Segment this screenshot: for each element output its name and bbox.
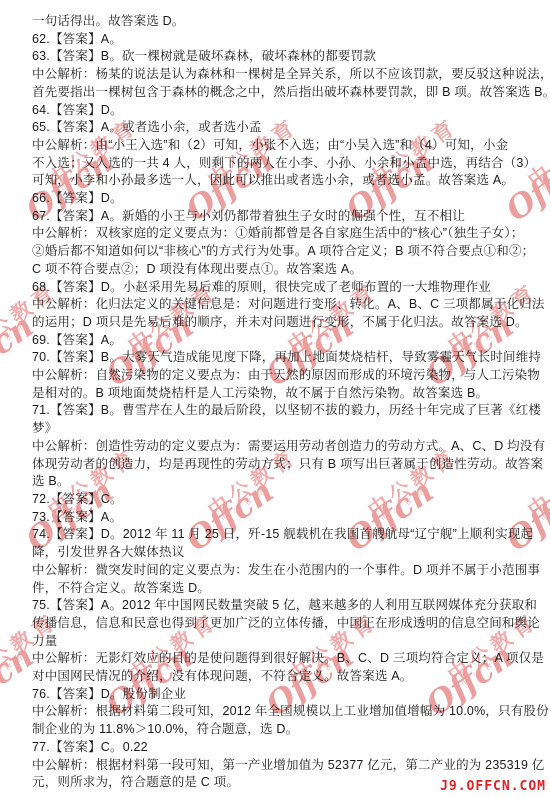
text-line: 一句话得出。故答案选 D。 <box>32 13 522 31</box>
text-line: 中公解析：双核家庭的定义要点为：①婚前都曾是各自家庭生活中的“核心”（独生子女）… <box>32 225 522 243</box>
text-line: 71.【答案】B。曹雪芹在人生的最后阶段，以坚韧不拔的毅力，历经十年完成了巨著《… <box>32 402 522 420</box>
watermark-sub-text: 中公教育 <box>540 154 550 194</box>
text-line: 首先要指出一棵树包含于森林的概念之中，然后指出破坏森林要罚款，即 B 项。故答案… <box>32 84 522 102</box>
text-line: 70.【答案】B。大雾天气造成能见度下降，再加上地面焚烧桔杆，导致雾霾天气长时间… <box>32 349 522 367</box>
text-line: 可知，小李和小孙最多选一人，因此可以推出或者选小余，或者选小孟。故答案选 A。 <box>32 172 522 190</box>
text-line: 的运用；D 项只是先易后难的顺序，并未对问题进行变形，不属于化归法。故答案选 D… <box>32 314 522 332</box>
text-line: 不入选；又入选的一共 4 人，则剩下的两人在小李、小孙、小余和小孟中选，再结合（… <box>32 155 522 173</box>
text-line: 传播信息，信息和民意也得到了更加广泛的立体传播，中国正在形成透明的信息空间和舆论 <box>32 615 522 633</box>
text-line: 中公解析：由“小王入选”和（2）可知，小张不入选；由“小吴入选”和（4）可知，小… <box>32 137 522 155</box>
watermark-cjk-text: 中公教育 <box>521 110 550 194</box>
text-line: 中公解析：创造性劳动的定义要点为：需要运用劳动者创造力的劳动方式。A、C、D 均… <box>32 438 522 456</box>
document-lines: 一句话得出。故答案选 D。62.【答案】A。63.【答案】B。砍一棵树就是破坏森… <box>32 13 522 792</box>
text-line: 是相对的。B 项地面焚烧桔杆是人工污染物，故不属于自然污染物。故答案选 B。 <box>32 385 522 403</box>
text-line: 中公解析：自然污染物的定义要点为：由于天然的原因而形成的环境污染物，与人工污染物 <box>32 367 522 385</box>
text-line: 63.【答案】B。砍一棵树就是破坏森林，破坏森林的都要罚款 <box>32 48 522 66</box>
text-line: 65.【答案】A。或者选小余，或者选小孟 <box>32 119 522 137</box>
text-line: 68.【答案】D。小赵采用先易后难的原则，很快完成了老师布置的一大堆物理作业 <box>32 279 522 297</box>
text-line: 力量 <box>32 633 522 651</box>
text-line: 中公解析：微突发时间的定义要点为：发生在小范围内的一个事件。D 项并不属于小范围… <box>32 562 522 580</box>
watermark-sub-text: 中公教育 <box>0 319 31 359</box>
text-line: 对中国网民情况的介绍，没有体现问题，不符合定义。故答案选 A。 <box>32 668 522 686</box>
text-line: 67.【答案】A。新婚的小王与小刘仍都带着独生子女时的倔强个性，互不相让 <box>32 208 522 226</box>
text-line: 件，不符合定义。故答案选 D。 <box>32 580 522 598</box>
text-line: 中公解析：根据材料第一段可知，第一产业增加值为 52377 亿元，第二产业的为 … <box>32 757 522 775</box>
text-line: 中公解析：无影灯效应的目的是使问题得到很好解决。B、C、D 三项均符合定义；A … <box>32 650 522 668</box>
text-line: 体现劳动者的创造力，均是再现性的劳动方式；只有 B 项写出巨著属于创造性劳动。故… <box>32 456 522 474</box>
text-line: 中公解析：杨某的说法是认为森林和一棵树是全异关系，所以不应该罚款，要反驳这种说法… <box>32 66 522 84</box>
text-line: 制企业的为 11.8%＞10.0%，符合题意，选 D。 <box>32 721 522 739</box>
text-line: 梦》 <box>32 420 522 438</box>
text-line: 75.【答案】A。2012 年中国网民数量突破 5 亿，越来越多的人利用互联网媒… <box>32 597 522 615</box>
text-line: 中公解析：根据材料第二段可知，2012 年全国规模以上工业增加值增幅为 10.0… <box>32 703 522 721</box>
text-line: 中公解析：化归法定义的关键信息是：对问题进行变形、转化。A、B、C 三项都属于化… <box>32 296 522 314</box>
text-line: 74.【答案】D。2012 年 11 月 25 日，歼-15 舰载机在我国首艘航… <box>32 526 522 544</box>
text-line: 69.【答案】A。 <box>32 332 522 350</box>
text-line: 73.【答案】A。 <box>32 509 522 527</box>
text-line: ②婚后都不知道如何以“非核心”的方式行为处事。A 项符合定义；B 项不符合要点①… <box>32 243 522 261</box>
text-line: 选 B。 <box>32 473 522 491</box>
document-page: 中公教育中公教育Offcn中公教育中公教育Offcn中公教育中公教育Offcn中… <box>0 0 550 798</box>
text-line: 72.【答案】C。 <box>32 491 522 509</box>
text-line: 66.【答案】D。 <box>32 190 522 208</box>
watermark-sub-text: 中公教育 <box>0 649 31 689</box>
watermark-sub-text: 中公教育 <box>540 484 550 524</box>
text-line: 降，引发世界各大媒体热议 <box>32 544 522 562</box>
offcn-url-watermark: J9.OFFCN.COM <box>440 779 546 794</box>
text-line: 64.【答案】D。 <box>32 102 522 120</box>
text-line: 76.【答案】D。股份制企业 <box>32 686 522 704</box>
text-line: C 项不符合要点②；D 项没有体现出要点①。故答案选 A。 <box>32 261 522 279</box>
text-line: 62.【答案】A。 <box>32 31 522 49</box>
text-line: 77.【答案】C。0.22 <box>32 739 522 757</box>
